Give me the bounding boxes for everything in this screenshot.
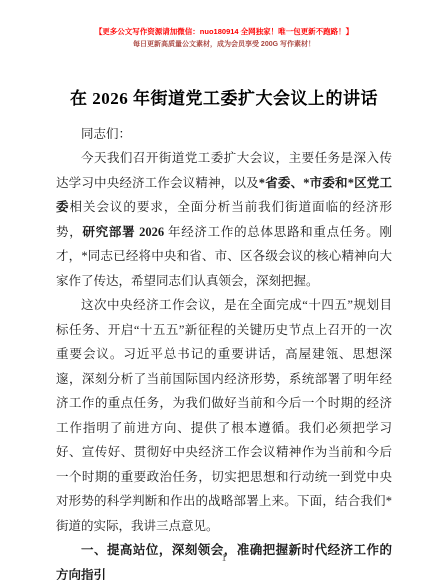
promo-line-1: 【更多公文写作资源请加微信：nuo180914 全网独家！唯一包更新不跑路！】 — [56, 26, 392, 37]
paragraph-body: 这次中央经济工作会议，是在全面完成“十四五”规划目标任务、开启“十五五”新征程的… — [56, 293, 392, 538]
document-body: 同志们： 今天我们召开街道党工委扩大会议，主要任务是深入传达学习中央经济工作会议… — [56, 122, 392, 580]
paragraph-intro: 今天我们召开街道党工委扩大会议，主要任务是深入传达学习中央经济工作会议精神，以及… — [56, 146, 392, 293]
promo-line-2: 每日更新高质量公文素材，成为会员享受 200G 写作素材！ — [56, 40, 392, 51]
paragraph-intro-bold-2: 研究部署 2026 — [82, 225, 168, 239]
salutation: 同志们： — [56, 122, 392, 147]
document-page: 【更多公文写作资源请加微信：nuo180914 全网独家！唯一包更新不跑路！】 … — [0, 0, 448, 580]
page-number: 1 — [0, 553, 448, 564]
document-title: 在 2026 年街道党工委扩大会议上的讲话 — [56, 84, 392, 109]
promo-header: 【更多公文写作资源请加微信：nuo180914 全网独家！唯一包更新不跑路！】 … — [56, 26, 392, 51]
